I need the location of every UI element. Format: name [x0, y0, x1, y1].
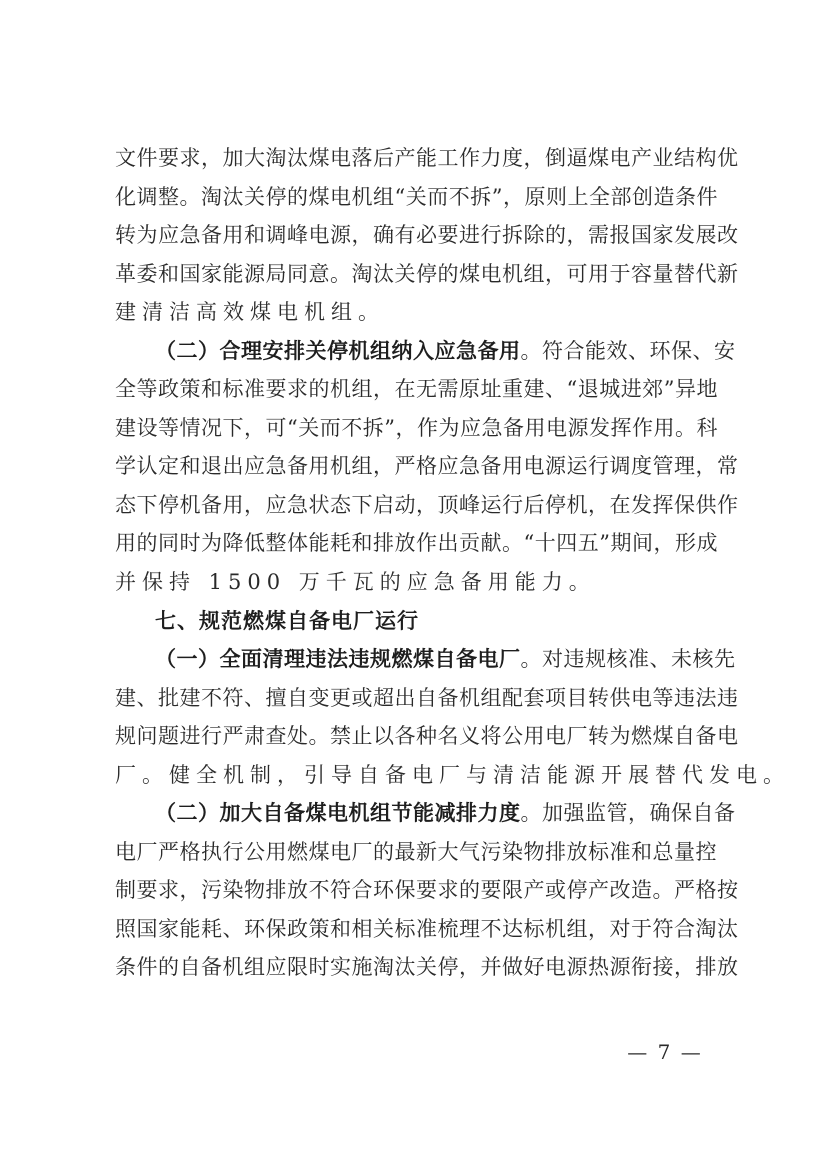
body-line: 制要求，污染物排放不符合环保要求的要限产或停产改造。严格按: [115, 871, 713, 910]
body-line: 化调整。淘汰关停的煤电机组“关而不拆”，原则上全部创造条件: [115, 178, 713, 217]
document-page: 文件要求，加大淘汰煤电落后产能工作力度，倒逼煤电产业结构优 化调整。淘汰关停的煤…: [115, 139, 713, 987]
subsection-title: （一）全面清理违法违规燃煤自备电厂: [155, 646, 521, 671]
body-line: 革委和国家能源局同意。淘汰关停的煤电机组，可用于容量替代新: [115, 255, 713, 294]
subsection-title: （二）加大自备煤电机组节能减排力度: [155, 800, 521, 825]
subsection-line: （二）合理安排关停机组纳入应急备用。符合能效、环保、安: [115, 332, 713, 371]
body-line: 建设等情况下，可“关而不拆”，作为应急备用电源发挥作用。科: [115, 409, 713, 448]
body-line: 全等政策和标准要求的机组，在无需原址重建、“退城进郊”异地: [115, 370, 713, 409]
subsection-line: （二）加大自备煤电机组节能减排力度。加强监管，确保自备: [115, 794, 713, 833]
body-text: 。加强监管，确保自备: [521, 801, 736, 825]
body-line: 建、批建不符、擅自变更或超出自备机组配套项目转供电等违法违: [115, 679, 713, 718]
body-line: 厂。健全机制，引导自备电厂与清洁能源开展替代发电。: [115, 756, 713, 795]
body-line: 态下停机备用，应急状态下启动，顶峰运行后停机，在发挥保供作: [115, 486, 713, 525]
body-line: 条件的自备机组应限时实施淘汰关停，并做好电源热源衔接，排放: [115, 948, 713, 987]
body-text: 。对违规核准、未核先: [521, 647, 736, 671]
body-line: 转为应急备用和调峰电源，确有必要进行拆除的，需报国家发展改: [115, 216, 713, 255]
body-text: 。符合能效、环保、安: [521, 339, 736, 363]
body-line: 电厂严格执行公用燃煤电厂的最新大气污染物排放标准和总量控: [115, 833, 713, 872]
section-heading: 七、规范燃煤自备电厂运行: [115, 602, 713, 641]
body-line: 学认定和退出应急备用机组，严格应急备用电源运行调度管理，常: [115, 447, 713, 486]
body-line: 文件要求，加大淘汰煤电落后产能工作力度，倒逼煤电产业结构优: [115, 139, 713, 178]
subsection-title: （二）合理安排关停机组纳入应急备用: [155, 338, 521, 363]
page-number: — 7 —: [620, 1040, 710, 1064]
subsection-line: （一）全面清理违法违规燃煤自备电厂。对违规核准、未核先: [115, 640, 713, 679]
body-line: 并保持 1500 万千瓦的应急备用能力。: [115, 563, 713, 602]
body-line: 照国家能耗、环保政策和相关标准梳理不达标机组，对于符合淘汰: [115, 910, 713, 949]
body-line: 用的同时为降低整体能耗和排放作出贡献。“十四五”期间，形成: [115, 524, 713, 563]
body-line: 建清洁高效煤电机组。: [115, 293, 713, 332]
body-line: 规问题进行严肃查处。禁止以各种名义将公用电厂转为燃煤自备电: [115, 717, 713, 756]
